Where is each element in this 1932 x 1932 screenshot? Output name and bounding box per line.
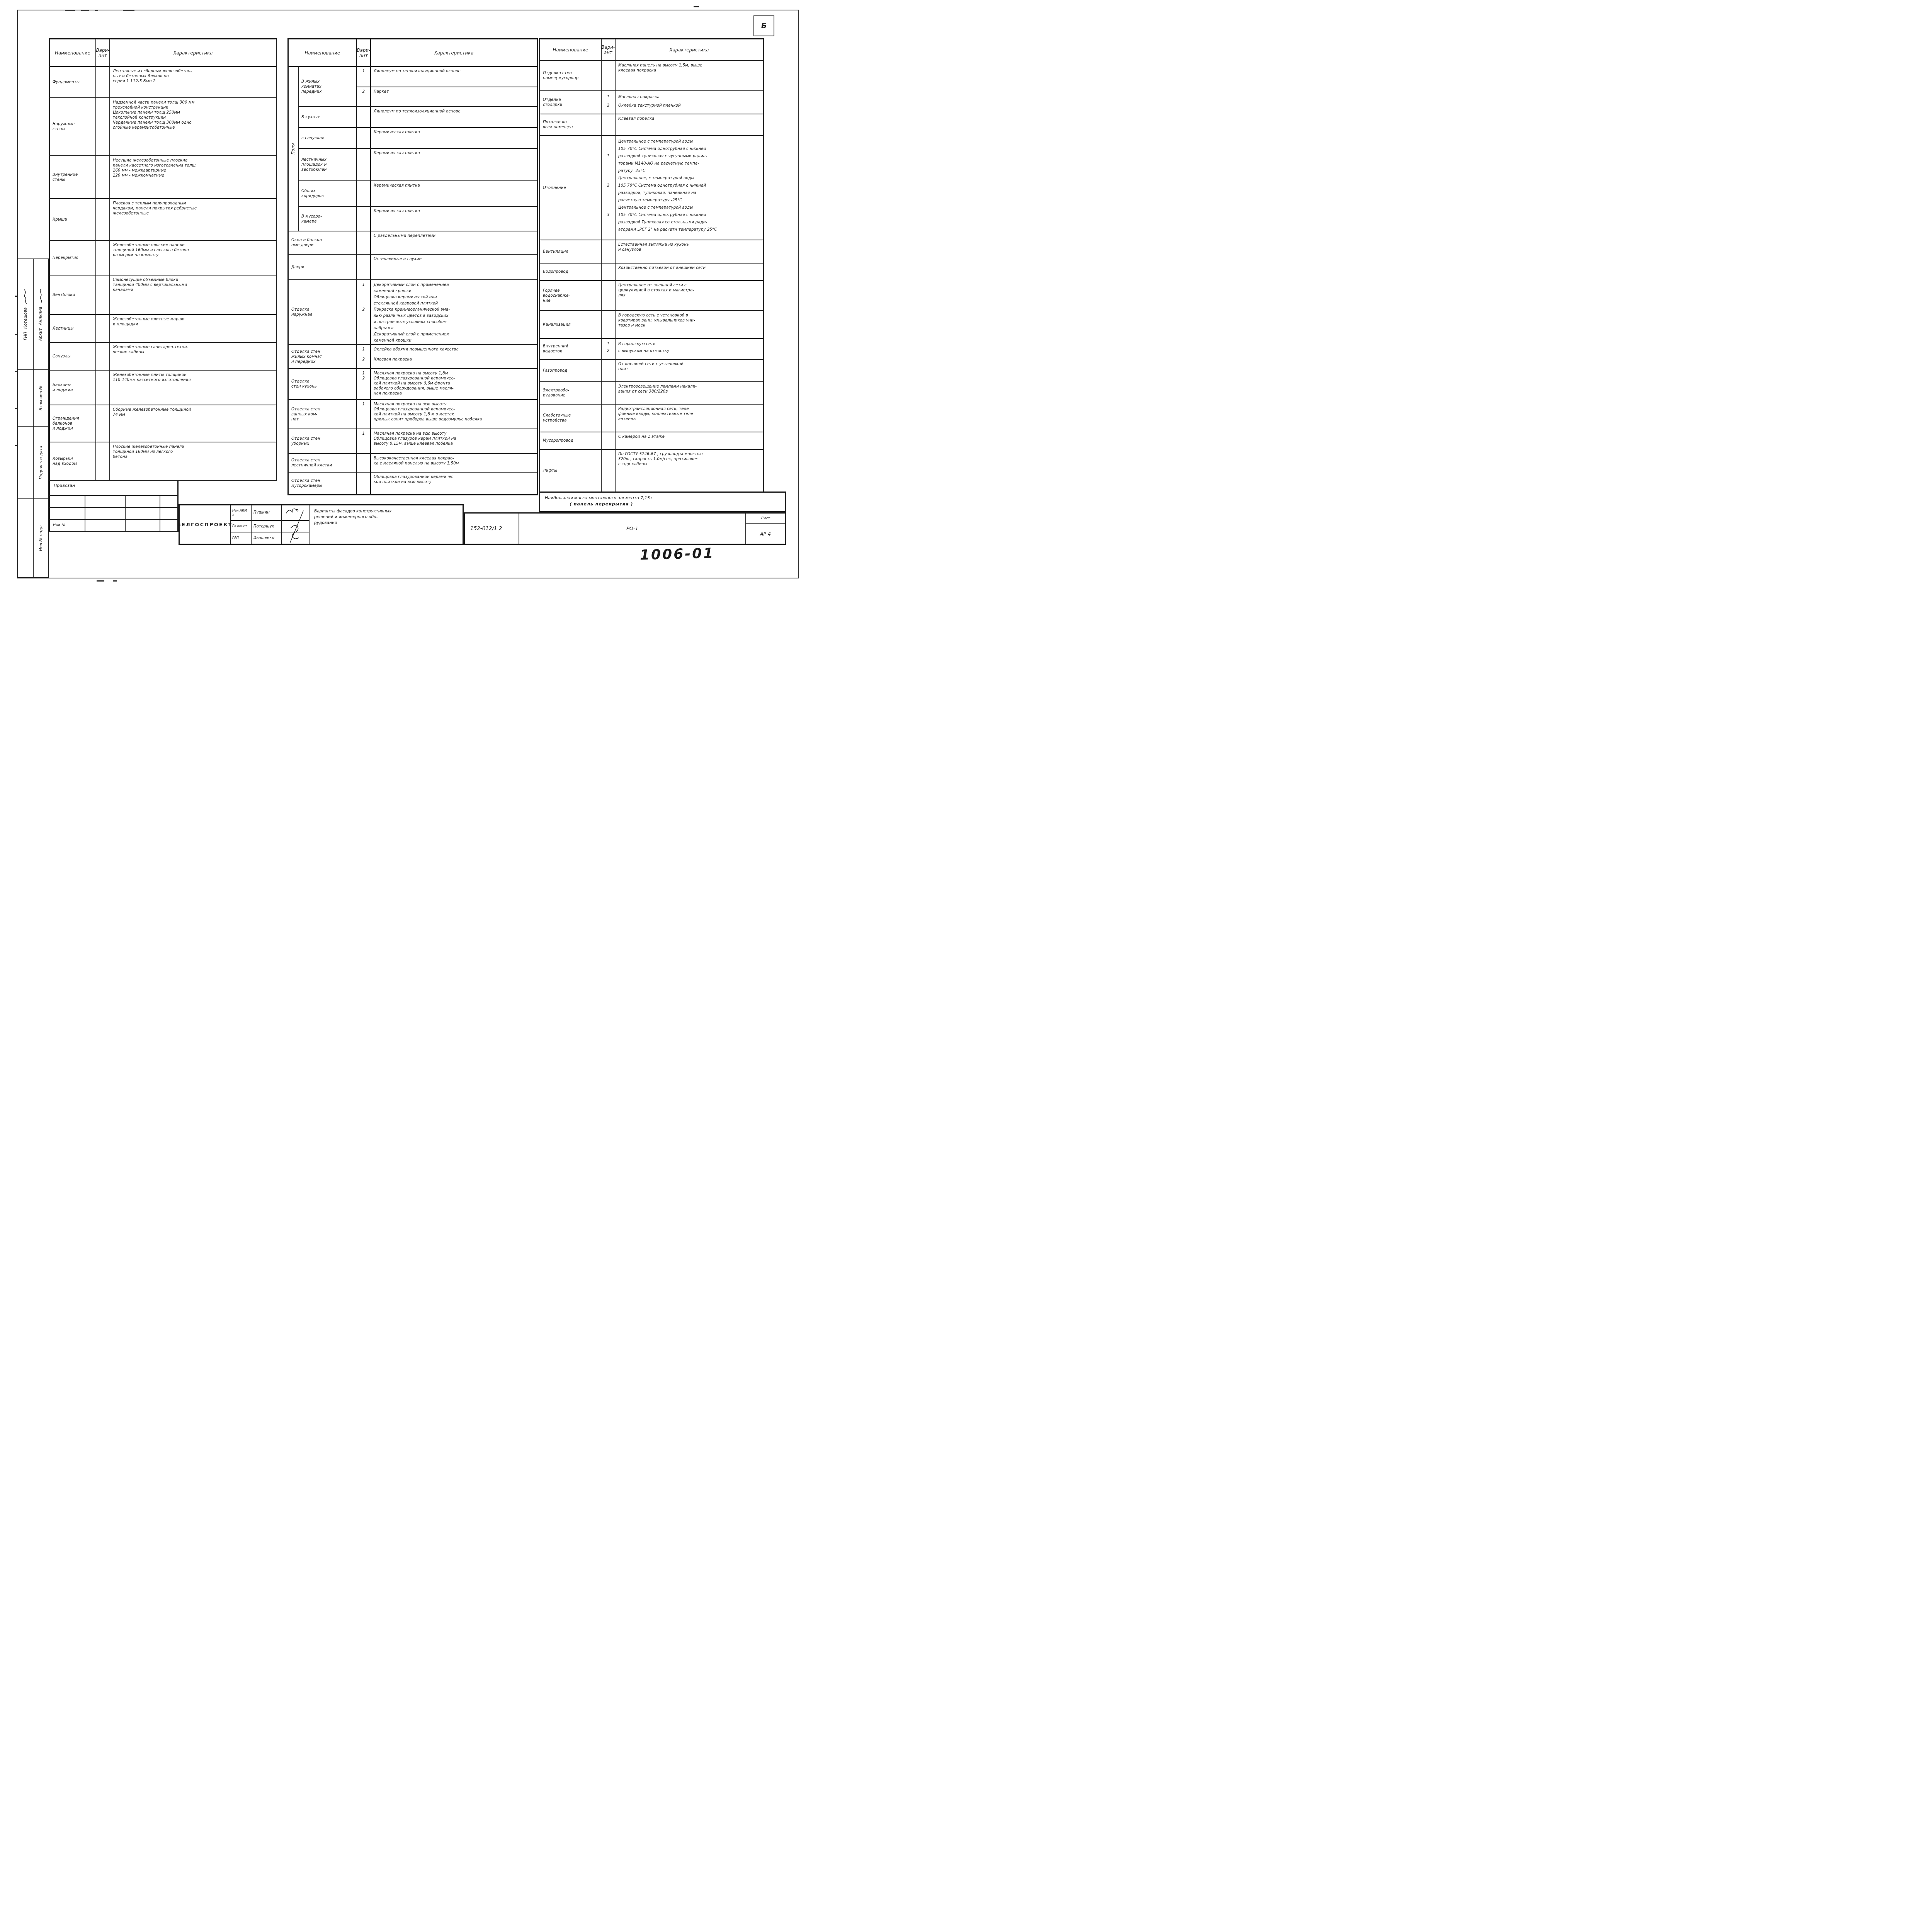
row-variant-cell xyxy=(602,360,616,381)
row-name-cell: Фундаменты xyxy=(50,67,96,97)
mark-code: РО-1 xyxy=(519,514,746,544)
max-mass-note: Наибольшая масса монтажного элемента 7,1… xyxy=(539,492,786,512)
table-row: Канализация В городскую сеть с установко… xyxy=(540,310,763,338)
staff-name: Пушкин xyxy=(252,505,282,520)
table-row: Отделка стен уборных 1 Масляная покраска… xyxy=(289,429,537,453)
row-name-cell: Отопление xyxy=(540,136,602,240)
row-variant-cell xyxy=(357,128,371,148)
signer-role: ГИП xyxy=(23,332,28,340)
column-header-name: Наименование xyxy=(50,39,96,66)
empty-cell xyxy=(126,508,160,519)
table-row: Отопление 1 2 3 Центральное с температур… xyxy=(540,135,763,240)
row-name-cell: Горячее водоснабже- ние xyxy=(540,281,602,310)
empty-cell xyxy=(126,496,160,507)
scan-artifact xyxy=(123,10,134,11)
staff-role: ГАП xyxy=(231,532,252,544)
staff-name: Потерщук xyxy=(252,521,282,532)
row-name-cell: Наружные стены xyxy=(50,98,96,155)
column-header-variant: Вари- ант xyxy=(602,39,616,60)
stamp-label: Взам инв № xyxy=(39,386,43,411)
table-row: Внутренние стены Несущие железобетонные … xyxy=(50,155,276,198)
empty-cell xyxy=(160,496,177,507)
row-name-cell: Слаботочные устройства xyxy=(540,405,602,432)
row-name-cell: Отделка стен кухонь xyxy=(289,369,357,399)
row-characteristic-cell: По ГОСТУ 5746-67 , грузоподъемностью 320… xyxy=(616,450,763,492)
scan-artifact xyxy=(97,580,104,582)
row-variant-cell xyxy=(96,343,110,370)
inventory-grid-row: Инв № xyxy=(50,519,177,531)
row-name-cell: Канализация xyxy=(540,311,602,338)
row-characteristic-cell: Железобетонные санитарно-техни- ческие к… xyxy=(110,343,276,370)
row-name-cell: Отделка стен лестничной клетки xyxy=(289,454,357,472)
row-variant-cell xyxy=(602,281,616,310)
row-characteristic-cell: Плоская с теплым полупроходным чердаком,… xyxy=(110,199,276,240)
table-row: Водопровод Хозяйственно-питьевой от внеш… xyxy=(540,263,763,280)
row-variant-cell xyxy=(602,432,616,449)
row-variant-cell xyxy=(357,255,371,279)
row-characteristic-cell: С камерой на 1 этаже xyxy=(616,432,763,449)
row-name-cell: Лестницы xyxy=(50,315,96,342)
empty-cell xyxy=(85,508,126,519)
title-block-right: 152-012/1 2 РО-1 Лист АР 4 xyxy=(464,512,786,545)
row-characteristic-cell: В городскую сеть с установкой в квартира… xyxy=(616,311,763,338)
row-variant-cell xyxy=(96,405,110,442)
org-name: БЕЛГОСПРОЕКТ xyxy=(180,505,231,544)
empty-cell xyxy=(18,370,33,426)
row-variant-cell: 1 xyxy=(357,67,371,87)
table-row: В мусоро- камере Керамическая плитка xyxy=(299,206,537,231)
row-characteristic-cell: Оклейка обоями повышенного качества Клее… xyxy=(371,345,537,368)
table-row: Отделка стен жилых комнат и передних 1 2… xyxy=(289,344,537,368)
stamp-label: Инв № подл xyxy=(39,526,43,551)
row-characteristic-cell: Линолеум по теплоизоляционной основе xyxy=(371,107,537,127)
row-variant-cell: 1 xyxy=(357,400,371,429)
row-name-cell: В мусоро- камере xyxy=(299,207,357,231)
empty-cell xyxy=(50,496,85,507)
inventory-grid-row xyxy=(50,507,177,519)
row-characteristic-cell: Клеевая побелка xyxy=(616,114,763,135)
row-variant-cell xyxy=(602,382,616,404)
row-name-cell: Отделка столярки xyxy=(540,91,602,114)
table-row: Лифты По ГОСТУ 5746-67 , грузоподъемност… xyxy=(540,449,763,492)
row-name-cell: Двери xyxy=(289,255,357,279)
row-variant-cell xyxy=(96,442,110,480)
row-variant-cell: 1 2 xyxy=(357,345,371,368)
row-characteristic-cell: Облицовка глазурованной керамичес- кой п… xyxy=(371,473,537,494)
empty-cell xyxy=(160,520,177,531)
row-characteristic-cell: Центральное от внешней сети с циркуляцие… xyxy=(616,281,763,310)
empty-cell xyxy=(126,520,160,531)
empty-cell xyxy=(85,520,126,531)
row-name-cell: Внутренние стены xyxy=(50,156,96,198)
row-characteristic-cell: Керамическая плитка xyxy=(371,149,537,180)
signature-icon xyxy=(23,289,28,304)
empty-cell xyxy=(50,508,85,519)
row-name-cell: Отделка наружная xyxy=(289,280,357,344)
table-row: Мусоропровод С камерой на 1 этаже xyxy=(540,432,763,449)
binding-row: Привязан xyxy=(50,481,177,495)
row-variant-cell xyxy=(96,98,110,155)
spec-table-middle: Наименование Вари- ант Характеристика По… xyxy=(287,38,538,495)
signature-icon xyxy=(281,505,309,544)
row-characteristic-cell: Естественная вытяжка из кухонь и санузло… xyxy=(616,240,763,263)
row-variant-cell xyxy=(602,240,616,263)
row-name-cell: Балконы и лоджии xyxy=(50,371,96,405)
stamp-label: Подпись и дата xyxy=(39,446,43,480)
row-characteristic-cell: Линолеум по теплоизоляционной основе xyxy=(371,67,537,87)
column-header-name: Наименование xyxy=(289,39,357,66)
row-variant-cell: 1 2 xyxy=(602,91,616,114)
table-row: Фундаменты Ленточные из сборных железобе… xyxy=(50,66,276,97)
row-variant-cell xyxy=(357,231,371,254)
table-row: Двери Остекленные и глухие xyxy=(289,254,537,279)
signer-cell: ГИП Котешова xyxy=(18,259,33,369)
table-row: Крыша Плоская с теплым полупроходным чер… xyxy=(50,198,276,240)
max-mass-note-line2: ( панель перекрытия ) xyxy=(545,501,780,507)
stamp-strip: ГИП Котешова Архит Аникина xyxy=(17,259,49,578)
row-characteristic-cell: От внешней сети с установкой плит xyxy=(616,360,763,381)
empty-cell xyxy=(160,508,177,519)
row-characteristic-cell: Масляная покраска на высоту 1,8м Облицов… xyxy=(371,369,537,399)
row-characteristic-cell: Железобетонные плиты толщиной 110-140мм … xyxy=(110,371,276,405)
column-header-characteristic: Характеристика xyxy=(616,39,763,60)
row-name-cell: В кухнях xyxy=(299,107,357,127)
table-row: Отделка стен лестничной клетки Высококач… xyxy=(289,453,537,472)
scan-artifact xyxy=(81,10,89,11)
signer-name: Котешова xyxy=(23,307,28,328)
signer-role: Архит xyxy=(38,328,43,341)
row-characteristic-cell: Радиотрансляционная сеть, теле- фонные в… xyxy=(616,405,763,432)
row-variant-cell xyxy=(357,107,371,127)
row-variant-cell xyxy=(357,454,371,472)
row-characteristic-cell: Керамическая плитка xyxy=(371,207,537,231)
title-block-left: БЕЛГОСПРОЕКТ Нач АКМ 2 Пушкин Гл конст П… xyxy=(179,504,464,545)
signature-icon xyxy=(38,288,43,303)
table-row: Отделка наружная 1 2 Декоративный слой с… xyxy=(289,279,537,344)
row-characteristic-cell: Ленточные из сборных железобетон- ных и … xyxy=(110,67,276,97)
row-variant-cell: 1 2 3 xyxy=(602,136,616,240)
staff-role: Нач АКМ 2 xyxy=(231,505,252,520)
row-characteristic-cell: Железобетонные плитные марши и площадки xyxy=(110,315,276,342)
row-name-cell: Вентблоки xyxy=(50,276,96,314)
table-row: В кухнях Линолеум по теплоизоляционной о… xyxy=(299,106,537,127)
table-row: Отделка стен мусорокамеры Облицовка глаз… xyxy=(289,472,537,494)
row-variant-cell: 2 xyxy=(357,87,371,106)
table-row: Отделка столярки 1 2 Масляная покраска О… xyxy=(540,90,763,114)
signer-cell: Архит Аникина xyxy=(33,259,48,369)
table-row: Санузлы Железобетонные санитарно-техни- … xyxy=(50,342,276,370)
row-characteristic-cell: Сборные железобетонные толщиной 74 мм xyxy=(110,405,276,442)
stamp-label-row: Взам инв № xyxy=(18,369,48,426)
project-number: 152-012/1 2 xyxy=(465,514,519,544)
row-characteristic-cell: Надземной части панели толщ 300 мм трехс… xyxy=(110,98,276,155)
row-characteristic-cell: С раздельными переплётами xyxy=(371,231,537,254)
table-row: Общих коридоров Керамическая плитка xyxy=(299,180,537,206)
row-variant-cell xyxy=(96,67,110,97)
row-variant-cell xyxy=(357,207,371,231)
row-name-cell: Отделка стен мусорокамеры xyxy=(289,473,357,494)
table-row: Лестницы Железобетонные плитные марши и … xyxy=(50,314,276,342)
row-name-cell: Отделка стен ванных ком- нат xyxy=(289,400,357,429)
table-row: Слаботочные устройства Радиотрансляционн… xyxy=(540,404,763,432)
row-variant-cell: 1 2 xyxy=(602,339,616,359)
row-variant-cell xyxy=(96,241,110,275)
header-row: Наименование Вари- ант Характеристика xyxy=(540,39,763,60)
row-variant-cell xyxy=(602,311,616,338)
row-characteristic-cell: Декоративный слой с применением каменной… xyxy=(371,280,537,344)
row-variant-cell xyxy=(602,450,616,492)
staff-grid: Нач АКМ 2 Пушкин Гл конст Потерщук ГАП И… xyxy=(231,505,310,544)
row-name-cell: Отделка стен помещ мусоропр xyxy=(540,61,602,90)
header-row: Наименование Вари- ант Характеристика xyxy=(289,39,537,66)
row-characteristic-cell: Керамическая плитка xyxy=(371,128,537,148)
row-characteristic-cell: Масляная покраска на всю высоту Облицовк… xyxy=(371,400,537,429)
row-characteristic-cell: Электроосвещение лампами накали- вания о… xyxy=(616,382,763,404)
table-row: Внутренний водосток 1 2 В городскую сеть… xyxy=(540,338,763,359)
scan-artifact xyxy=(95,10,98,11)
row-variant-cell xyxy=(96,371,110,405)
row-name-cell: Перекрытия xyxy=(50,241,96,275)
table-row: Отделка стен ванных ком- нат 1 Масляная … xyxy=(289,399,537,429)
table-row: Горячее водоснабже- ние Центральное от в… xyxy=(540,280,763,310)
empty-cell xyxy=(18,427,33,498)
row-name-cell: Козырьки над входом xyxy=(50,442,96,480)
binding-block: Привязан Инв № xyxy=(49,480,179,532)
column-header-name: Наименование xyxy=(540,39,602,60)
row-variant-cell: 1 2 xyxy=(357,369,371,399)
row-characteristic-cell: Паркет xyxy=(371,87,537,106)
row-variant-cell xyxy=(96,156,110,198)
floors-vertical-label: Полы xyxy=(291,143,296,154)
row-name-cell: Крыша xyxy=(50,199,96,240)
row-variant-cell xyxy=(96,199,110,240)
row-name-cell: Санузлы xyxy=(50,343,96,370)
row-name-cell: Мусоропровод xyxy=(540,432,602,449)
table-row: в санузлах Керамическая плитка xyxy=(299,127,537,148)
scan-artifact xyxy=(113,580,117,582)
row-name-cell: Вентиляция xyxy=(540,240,602,263)
stamp-label-row: Подпись и дата xyxy=(18,426,48,498)
row-variant-cell: 1 xyxy=(357,429,371,453)
variant-subrow: 1 Линолеум по теплоизоляционной основе xyxy=(357,67,537,87)
scan-artifact xyxy=(694,6,699,7)
row-name-cell: В жилых комнатах передних xyxy=(299,67,357,106)
row-characteristic-cell: Железобетонные плоские панели толщиной 1… xyxy=(110,241,276,275)
table-row: Потолки во всех помещен Клеевая побелка xyxy=(540,114,763,135)
row-characteristic-cell: Масляная панель на высоту 1,5м, выше кле… xyxy=(616,61,763,90)
row-characteristic-cell: Остекленные и глухие xyxy=(371,255,537,279)
row-characteristic-cell: Масляная покраска на всю высоту Облицовк… xyxy=(371,429,537,453)
row-name-cell: Лифты xyxy=(540,450,602,492)
max-mass-note-line1: Наибольшая масса монтажного элемента 7,1… xyxy=(545,495,652,500)
row-variant-cell xyxy=(96,315,110,342)
row-variant-cell xyxy=(602,405,616,432)
row-variant-cell xyxy=(96,276,110,314)
row-name-cell: Водопровод xyxy=(540,264,602,280)
column-header-variant: Вари- ант xyxy=(96,39,110,66)
table-row: Окна и балкон ные двери С раздельными пе… xyxy=(289,231,537,254)
doc-code: 1006-01 xyxy=(639,545,714,563)
scan-artifact xyxy=(65,10,75,11)
floors-vertical-label-cell: Полы xyxy=(289,67,299,231)
row-name-cell: лестничных площадок и вестибюлей xyxy=(299,149,357,180)
row-name-cell: Газопровод xyxy=(540,360,602,381)
header-row: Наименование Вари- ант Характеристика xyxy=(50,39,276,66)
blueprint-sheet: Б Наименование Вари- ант Характеристика … xyxy=(0,0,803,584)
row-characteristic-cell: Центральное с температурой воды 105-70°С… xyxy=(616,136,763,240)
inventory-label-cell: Инв № xyxy=(50,520,85,531)
row-characteristic-cell: Масляная покраска Оклейка текстурной пле… xyxy=(616,91,763,114)
row-characteristic-cell: В городскую сеть с выпуском на отмостку xyxy=(616,339,763,359)
table-row: Вентиляция Естественная вытяжка из кухон… xyxy=(540,240,763,263)
row-variant-cell xyxy=(602,114,616,135)
sheet-number: АР 4 xyxy=(746,524,785,544)
project-title: Варианты фасадов конструктивных решений … xyxy=(310,505,463,544)
row-name-cell: Ограждения балконов и лоджии xyxy=(50,405,96,442)
table-row: Наружные стены Надземной части панели то… xyxy=(50,97,276,155)
column-header-characteristic: Характеристика xyxy=(371,39,537,66)
row-name-cell: Внутренний водосток xyxy=(540,339,602,359)
table-row: В жилых комнатах передних 1 Линолеум по … xyxy=(299,67,537,106)
row-variant-cell xyxy=(357,181,371,206)
row-name-cell: Общих коридоров xyxy=(299,181,357,206)
table-row: Вентблоки Самонесущие объемные блоки тал… xyxy=(50,275,276,314)
row-variant-cell: 1 2 xyxy=(357,280,371,344)
signer-row: ГИП Котешова Архит Аникина xyxy=(18,259,48,369)
staff-name: Иващенко xyxy=(252,532,282,544)
inventory-grid: Инв № xyxy=(50,495,177,531)
spec-table-right: Наименование Вари- ант Характеристика От… xyxy=(539,38,764,493)
sheet-label: Лист xyxy=(746,514,785,524)
row-name-cell: в санузлах xyxy=(299,128,357,148)
empty-cell xyxy=(85,496,126,507)
row-variant-cell xyxy=(602,61,616,90)
spec-table-left: Наименование Вари- ант Характеристика Фу… xyxy=(49,38,277,481)
floors-band: Полы В жилых комнатах передних 1 Линолеу… xyxy=(289,66,537,231)
stamp-label-row: Инв № подл xyxy=(18,498,48,577)
table-row: Электрообо- рудование Электроосвещение л… xyxy=(540,381,763,404)
table-row: Балконы и лоджии Железобетонные плиты то… xyxy=(50,370,276,405)
row-characteristic-cell: Несущие железобетонные плоские панели ка… xyxy=(110,156,276,198)
row-characteristic-cell: Самонесущие объемные блоки талщиной 400м… xyxy=(110,276,276,314)
row-characteristic-cell: Хозяйственно-питьевой от внешней сети xyxy=(616,264,763,280)
row-characteristic-cell: Плоские железобетонные панели толщиной 1… xyxy=(110,442,276,480)
empty-cell xyxy=(18,499,33,577)
table-row: Перекрытия Железобетонные плоские панели… xyxy=(50,240,276,275)
inventory-grid-row xyxy=(50,495,177,507)
table-row: Отделка стен помещ мусоропр Масляная пан… xyxy=(540,60,763,90)
row-name-cell: Отделка стен уборных xyxy=(289,429,357,453)
row-variant-cell xyxy=(602,264,616,280)
corner-letter-box: Б xyxy=(753,15,774,36)
row-name-cell: Потолки во всех помещен xyxy=(540,114,602,135)
row-characteristic-cell: Керамическая плитка xyxy=(371,181,537,206)
row-variant-cell xyxy=(357,149,371,180)
table-row: Газопровод От внешней сети с установкой … xyxy=(540,359,763,381)
variant-subrow: 2 Паркет xyxy=(357,87,537,106)
stamp-label-cell: Инв № подл xyxy=(33,499,48,577)
row-variant-cell xyxy=(357,473,371,494)
row-characteristic-cell: Высококачественная клеевая покрас- ка с … xyxy=(371,454,537,472)
column-header-variant: Вари- ант xyxy=(357,39,371,66)
sheet-column: Лист АР 4 xyxy=(746,514,785,544)
staff-role: Гл конст xyxy=(231,521,252,532)
table-row: Козырьки над входом Плоские железобетонн… xyxy=(50,442,276,480)
row-name-cell: Электрообо- рудование xyxy=(540,382,602,404)
stamp-label-cell: Подпись и дата xyxy=(33,427,48,498)
table-row: лестничных площадок и вестибюлей Керамич… xyxy=(299,148,537,180)
table-row: Отделка стен кухонь 1 2 Масляная покраск… xyxy=(289,368,537,399)
signer-name: Аникина xyxy=(38,306,43,325)
row-name-cell: Окна и балкон ные двери xyxy=(289,231,357,254)
stamp-label-cell: Взам инв № xyxy=(33,370,48,426)
column-header-characteristic: Характеристика xyxy=(110,39,276,66)
table-row: Ограждения балконов и лоджии Сборные жел… xyxy=(50,405,276,442)
row-name-cell: Отделка стен жилых комнат и передних xyxy=(289,345,357,368)
